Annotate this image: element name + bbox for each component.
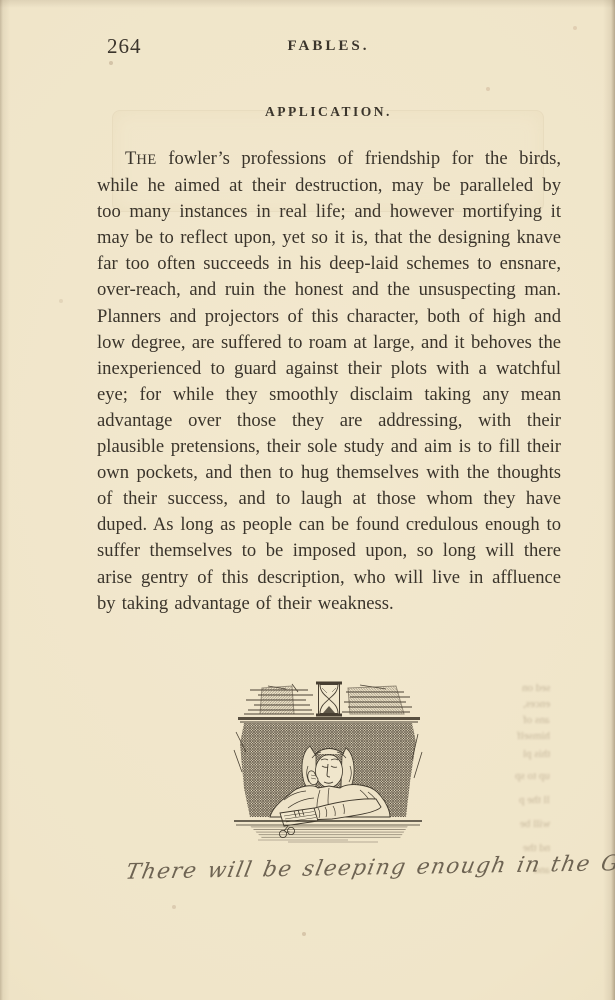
showthrough-fragment: will be	[520, 818, 550, 830]
showthrough-fragment: ll the p	[519, 794, 550, 806]
section-heading: APPLICATION.	[97, 104, 560, 120]
shelf	[238, 717, 420, 722]
lead-capital: T	[125, 148, 136, 169]
showthrough-fragment: and	[534, 864, 550, 876]
showthrough-fragment: up to sp	[515, 770, 550, 782]
sleeping-scholar-engraving	[228, 680, 428, 845]
application-paragraph: THE fowler’s professions of friendship f…	[97, 146, 561, 617]
showthrough-fragment: this pl	[523, 748, 550, 760]
showthrough-fragment: sed on	[522, 682, 550, 694]
paper-speckles	[0, 0, 2, 2]
hourglass-icon	[316, 682, 342, 717]
book-page: 264 FABLES. APPLICATION. THE fowler’s pr…	[0, 0, 615, 1000]
running-header: FABLES.	[97, 38, 560, 55]
showthrough-fragment: nd the	[523, 842, 550, 854]
paragraph-text: fowler’s professions of friendship for t…	[97, 148, 561, 614]
showthrough-fragment: himself	[517, 730, 550, 742]
handwritten-caption: There will be sleeping enough in the Gra…	[124, 852, 559, 885]
lead-small-caps: HE	[136, 152, 156, 168]
showthrough-fragment: ences,	[523, 698, 550, 710]
showthrough-fragment: ans of	[523, 714, 550, 726]
